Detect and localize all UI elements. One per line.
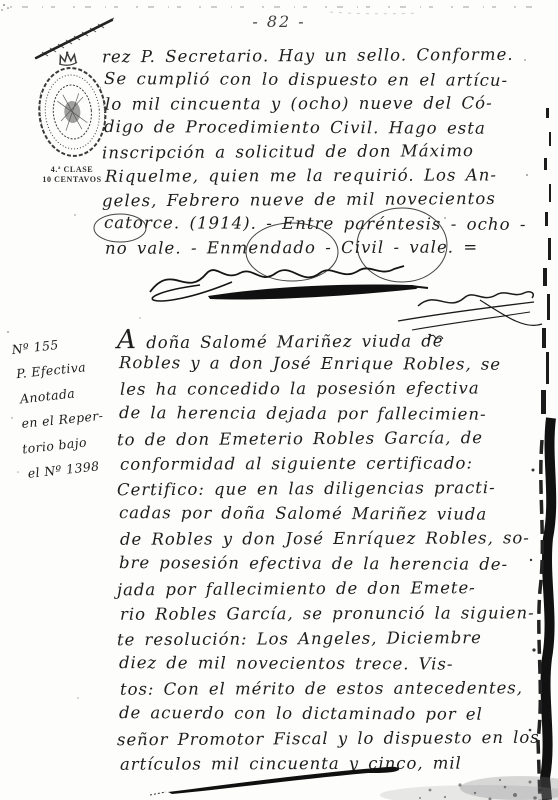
handwritten-line: artículos mil cincuenta y cinco, mil [120,750,548,776]
handwritten-line: conformidad al siguiente certificado: [120,450,548,476]
handwritten-line: lo mil cincuenta y (ocho) nueve del Có- [105,91,545,117]
handwritten-line: bre posesión efectiva de la herencia de- [119,550,547,577]
handwritten-line: de la herencia dejada por fallecimien- [119,400,547,427]
handwritten-line: Riquelme, quien me la requirió. Los An- [105,163,545,189]
handwritten-line: rio Robles García, se pronunció la sigui… [120,600,548,626]
handwritten-line: Se cumplió con lo dispuesto en el artícu… [104,67,544,93]
handwritten-line: jada por fallecimiento de don Emete- [117,575,545,603]
handwritten-line: no vale. - Enmendado - Civil - vale. = [105,235,545,261]
handwritten-line: de Robles y don José Enríquez Robles, so… [120,525,548,551]
entry-155-text: A doña Salomé Mariñez viuda de Robles y … [117,326,545,776]
handwritten-line: Certifico: que en las diligencias practi… [117,475,545,503]
corner-speckles [380,776,558,800]
signature-primary-icon [150,266,428,301]
handwritten-line: te resolución: Los Angeles, Diciembre [117,625,545,653]
page-number: - 82 - [0,12,558,31]
stamp-seal-icon [34,50,110,160]
handwritten-line: geles, Febrero nueve de mil novecientos [102,187,542,214]
handwritten-line: Robles y a don José Enrique Robles, se [119,350,547,377]
stamp-value-label: 10 CENTAVOS [32,175,112,185]
handwritten-line: les ha concedido la posesión efectiva [120,375,548,401]
scanned-document-page: - 82 - 4.ª CLASE 10 CENTAVOS rez P. Secr… [0,0,558,800]
handwritten-line: catorce. (1914). - Entre paréntesis - oc… [104,211,544,237]
handwritten-line: de acuerdo con lo dictaminado por el [119,700,547,727]
handwritten-line: to de don Emeterio Robles García, de [117,425,545,453]
handwritten-line: rez P. Secretario. Hay un sello. Conform… [102,43,542,70]
handwritten-line: señor Promotor Fiscal y lo dispuesto en … [117,725,545,753]
handwritten-line: inscripción a solicitud de don Máximo [102,139,542,166]
handwritten-line: digo de Procedimiento Civil. Hago esta [104,115,544,141]
margin-annotation: Nº 155 P. Efectiva Anotada en el Reper- … [10,326,129,486]
revenue-stamp: 4.ª CLASE 10 CENTAVOS [32,50,112,185]
handwritten-line: A doña Salomé Mariñez viuda de [117,325,545,353]
handwritten-line: tos: Con el mérito de estos antecedentes… [120,675,548,701]
handwritten-line: cadas por doña Salomé Mariñez viuda [119,500,547,527]
stamp-class-label: 4.ª CLASE [32,165,112,175]
handwritten-line: diez de mil novecientos trece. Vis- [119,650,547,677]
closing-entry-text: rez P. Secretario. Hay un sello. Conform… [102,44,542,260]
